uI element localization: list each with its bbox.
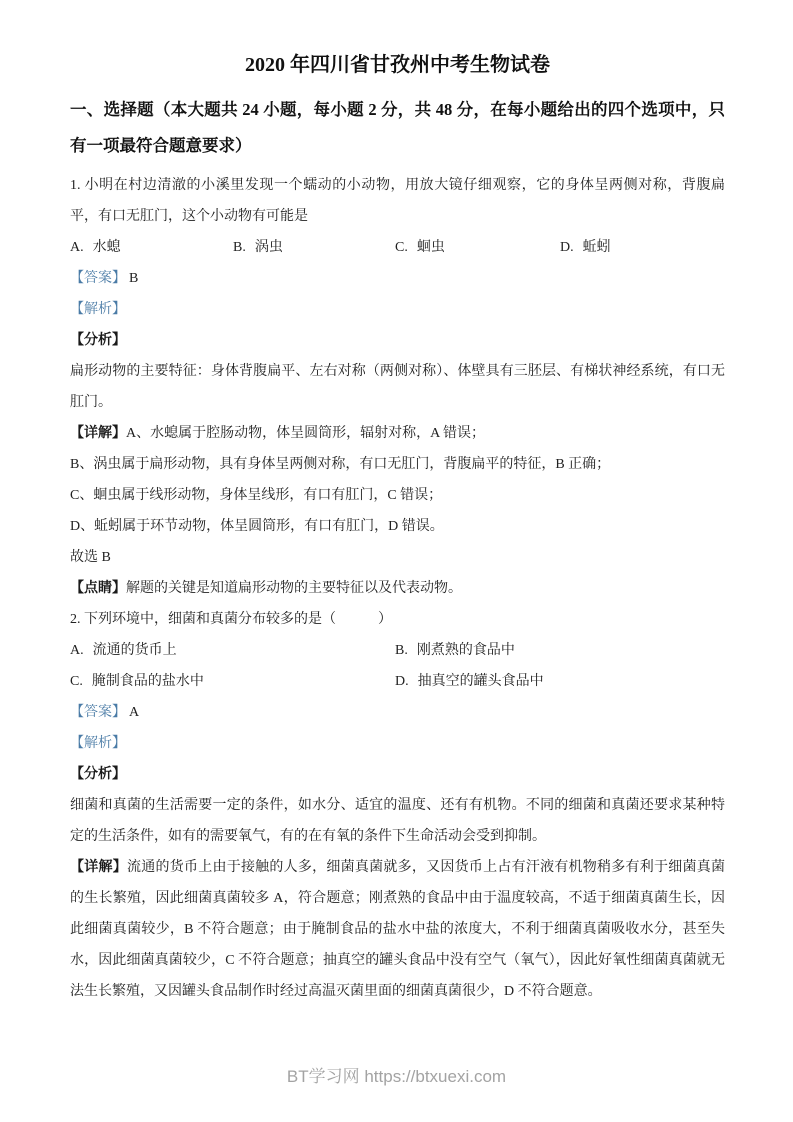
- q1-option-c-label: C.: [395, 240, 408, 255]
- q2-option-b-text: 刚煮熟的食品中: [417, 643, 515, 658]
- q2-answer-line: 【答案】A: [70, 697, 725, 728]
- q1-option-b-text: 涡虫: [255, 240, 283, 255]
- q2-option-a: A.流通的货币上: [70, 635, 395, 666]
- q1-option-a-label: A.: [70, 240, 84, 255]
- q2-option-b-label: B.: [395, 643, 408, 658]
- q2-option-d: D.抽真空的罐头食品中: [395, 666, 725, 697]
- q1-option-d-text: 蚯蚓: [583, 240, 611, 255]
- q1-option-c: C.蛔虫: [395, 232, 560, 263]
- q1-fenxi-text: 扁形动物的主要特征：身体背腹扁平、左右对称（两侧对称）、体壁具有三胚层、有梯状神…: [70, 356, 725, 418]
- q2-stem: 2. 下列环境中，细菌和真菌分布较多的是（ ）: [70, 604, 725, 635]
- q2-option-d-text: 抽真空的罐头食品中: [418, 674, 544, 689]
- xiangjie-marker: 【详解】: [70, 426, 126, 441]
- section-heading: 一、选择题（本大题共 24 小题，每小题 2 分，共 48 分，在每小题给出的四…: [70, 92, 725, 164]
- q1-answer-line: 【答案】B: [70, 263, 725, 294]
- jiexi-marker: 【解析】: [70, 302, 126, 317]
- q1-option-c-text: 蛔虫: [417, 240, 445, 255]
- q1-conclusion: 故选 B: [70, 542, 725, 573]
- question-2: 2. 下列环境中，细菌和真菌分布较多的是（ ） A.流通的货币上 B.刚煮熟的食…: [70, 604, 725, 1007]
- q1-option-a-text: 水螅: [93, 240, 121, 255]
- q2-detail: 【详解】流通的货币上由于接触的人多，细菌真菌就多，又因货币上占有汗液有机物稍多有…: [70, 852, 725, 1007]
- q1-stem: 1. 小明在村边清澈的小溪里发现一个蠕动的小动物，用放大镜仔细观察，它的身体呈两…: [70, 170, 725, 232]
- q1-option-d: D.蚯蚓: [560, 232, 725, 263]
- dianjing-marker: 【点睛】: [70, 581, 126, 596]
- q1-number: 1.: [70, 178, 81, 193]
- q1-detail-c: C、蛔虫属于线形动物，身体呈线形，有口有肛门，C 错误；: [70, 480, 725, 511]
- q2-answer-letter: A: [129, 705, 139, 720]
- exam-paper-page: 2020 年四川省甘孜州中考生物试卷 一、选择题（本大题共 24 小题，每小题 …: [0, 0, 793, 1122]
- q1-detail-a-text: A、水螅属于腔肠动物，体呈圆筒形，辐射对称，A 错误；: [126, 426, 485, 441]
- q1-options-row: A.水螅 B.涡虫 C.蛔虫 D.蚯蚓: [70, 232, 725, 263]
- document-title: 2020 年四川省甘孜州中考生物试卷: [70, 50, 725, 80]
- fenxi-marker: 【分析】: [70, 333, 126, 348]
- q1-stem-text: 小明在村边清澈的小溪里发现一个蠕动的小动物，用放大镜仔细观察，它的身体呈两侧对称…: [70, 178, 725, 224]
- q2-options-row-1: A.流通的货币上 B.刚煮熟的食品中: [70, 635, 725, 666]
- q2-option-c: C.腌制食品的盐水中: [70, 666, 395, 697]
- q1-detail-d: D、蚯蚓属于环节动物，体呈圆筒形，有口有肛门，D 错误。: [70, 511, 725, 542]
- q1-option-b: B.涡虫: [233, 232, 395, 263]
- q1-answer-letter: B: [129, 271, 138, 286]
- q2-fenxi-text: 细菌和真菌的生活需要一定的条件，如水分、适宜的温度、还有有机物。不同的细菌和真菌…: [70, 790, 725, 852]
- answer-marker: 【答案】: [70, 705, 126, 720]
- q2-detail-text: 流通的货币上由于接触的人多，细菌真菌就多，又因货币上占有汗液有机物稍多有利于细菌…: [70, 860, 725, 999]
- jiexi-marker: 【解析】: [70, 736, 126, 751]
- q1-jiexi-line: 【解析】: [70, 294, 725, 325]
- q1-option-b-label: B.: [233, 240, 246, 255]
- q2-option-c-text: 腌制食品的盐水中: [92, 674, 204, 689]
- q1-detail-a: 【详解】A、水螅属于腔肠动物，体呈圆筒形，辐射对称，A 错误；: [70, 418, 725, 449]
- fenxi-marker: 【分析】: [70, 767, 126, 782]
- q1-dianjing-line: 【点睛】解题的关键是知道扁形动物的主要特征以及代表动物。: [70, 573, 725, 604]
- q1-option-a: A.水螅: [70, 232, 233, 263]
- q1-fenxi-line: 【分析】: [70, 325, 725, 356]
- xiangjie-marker: 【详解】: [70, 860, 127, 875]
- q1-dianjing-text: 解题的关键是知道扁形动物的主要特征以及代表动物。: [126, 581, 462, 596]
- q2-option-d-label: D.: [395, 674, 409, 689]
- q2-option-c-label: C.: [70, 674, 83, 689]
- q2-options-row-2: C.腌制食品的盐水中 D.抽真空的罐头食品中: [70, 666, 725, 697]
- q2-number: 2.: [70, 612, 81, 627]
- q2-option-b: B.刚煮熟的食品中: [395, 635, 725, 666]
- q2-stem-text: 下列环境中，细菌和真菌分布较多的是（ ）: [84, 612, 392, 627]
- q2-fenxi-line: 【分析】: [70, 759, 725, 790]
- q2-option-a-text: 流通的货币上: [93, 643, 177, 658]
- q1-detail-b: B、涡虫属于扁形动物，具有身体呈两侧对称，有口无肛门，背腹扁平的特征，B 正确；: [70, 449, 725, 480]
- q2-jiexi-line: 【解析】: [70, 728, 725, 759]
- answer-marker: 【答案】: [70, 271, 126, 286]
- q1-option-d-label: D.: [560, 240, 574, 255]
- question-1: 1. 小明在村边清澈的小溪里发现一个蠕动的小动物，用放大镜仔细观察，它的身体呈两…: [70, 170, 725, 604]
- q2-option-a-label: A.: [70, 643, 84, 658]
- watermark-footer: BT学习网 https://btxuexi.com: [0, 1062, 793, 1087]
